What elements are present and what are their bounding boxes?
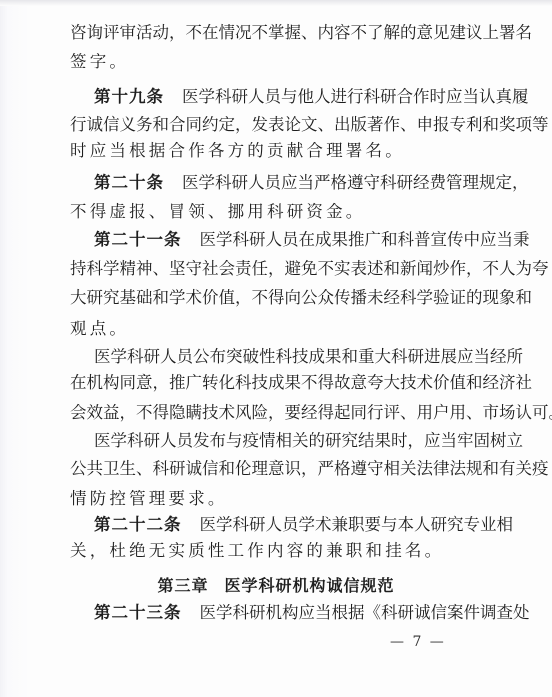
article-text: 医学科研人员应当严格遵守科研经费管理规定， [182, 173, 529, 192]
article-21: 第二十一条医学科研人员在成果推广和科普宣传中应当秉 [94, 229, 483, 251]
article-text: 医学科研人员学术兼职要与本人研究专业相 [200, 515, 514, 534]
paragraph-line: 医学科研人员发布与疫情相关的研究结果时，应当牢固树立 [94, 430, 483, 452]
text-line: 不得虚报、冒领、挪用科研资金。 [70, 201, 483, 223]
document-page: 咨询评审活动，不在情况不掌握、内容不了解的意见建议上署名 签字。 第十九条医学科… [0, 0, 552, 697]
article-number: 第十九条 [94, 87, 164, 106]
article-text: 医学科研人员在成果推广和科普宣传中应当秉 [200, 230, 530, 249]
article-number: 第二十条 [94, 173, 164, 192]
text-line: 持科学精神、坚守社会责任，避免不实表述和新闻炒作，不人为夸 [70, 258, 483, 280]
chapter-heading: 第三章医学科研机构诚信规范 [0, 575, 552, 597]
text-line: 会效益，不得隐瞒技术风险，要经得起同行评、用户用、市场认可。 [70, 402, 483, 424]
article-number: 第二十一条 [94, 230, 182, 249]
article-23: 第二十三条医学科研机构应当根据《科研诚信案件调查处 [94, 602, 483, 624]
article-22: 第二十二条医学科研人员学术兼职要与本人研究专业相 [94, 514, 483, 536]
article-20: 第二十条医学科研人员应当严格遵守科研经费管理规定， [94, 172, 483, 194]
text-line: 行诚信义务和合同约定，发表论文、出版著作、申报专利和奖项等 [70, 114, 483, 136]
text-line: 大研究基础和学术价值，不得向公众传播未经科学验证的现象和 [70, 287, 483, 309]
text-line: 时应当根据合作各方的贡献合理署名。 [70, 140, 483, 162]
article-text: 医学科研人员与他人进行科研合作时应当认真履 [182, 87, 529, 106]
text-line: 签字。 [70, 51, 483, 73]
text-line: 公共卫生、科研诚信和伦理意识，严格遵守相关法律法规和有关疫 [70, 458, 483, 480]
text-line: 咨询评审活动，不在情况不掌握、内容不了解的意见建议上署名 [70, 22, 483, 44]
text-line: 情防控管理要求。 [70, 488, 483, 510]
page-number: — 7 — [390, 633, 446, 651]
chapter-title: 医学科研机构诚信规范 [225, 576, 395, 595]
paragraph-line: 医学科研人员公布突破性科技成果和重大科研进展应当经所 [94, 346, 483, 368]
text-line: 观点。 [70, 318, 483, 340]
article-19: 第十九条医学科研人员与他人进行科研合作时应当认真履 [94, 86, 483, 108]
scan-shadow [0, 0, 552, 6]
text-line: 在机构同意，推广转化科技成果不得故意夸大技术价值和经济社 [70, 372, 483, 394]
article-number: 第二十二条 [94, 515, 182, 534]
chapter-number: 第三章 [157, 576, 208, 595]
text-line: 关，杜绝无实质性工作内容的兼职和挂名。 [70, 540, 483, 562]
article-number: 第二十三条 [94, 603, 182, 622]
article-text: 医学科研机构应当根据《科研诚信案件调查处 [200, 603, 530, 622]
